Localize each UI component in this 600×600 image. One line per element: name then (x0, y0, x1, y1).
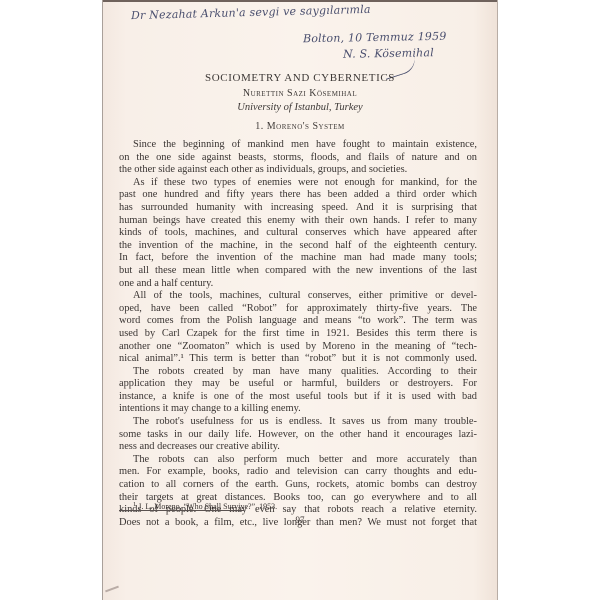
text-line: some tasks in our daily life. However, o… (119, 429, 477, 442)
text-line: All of the tools, machines, cultural con… (119, 290, 477, 303)
text-line: has surrounded humanity with increasing … (119, 202, 477, 215)
text-line: human beings have created this enemy wit… (119, 215, 477, 228)
text-line: the other side against each other as ind… (119, 164, 477, 177)
article-author: Nurettin Sazi Kösemihal (103, 88, 497, 99)
text-line: nical animal”.¹ This term is better than… (119, 353, 477, 366)
handwritten-dedication: Dr Nezahat Arkun'a sevgi ve saygılarımla (131, 3, 371, 22)
text-line: used by Carl Czapek for the first time i… (119, 328, 477, 341)
text-line: another one “Zoomaton” which is used by … (119, 341, 477, 354)
text-line: oped, have been called “Robot” for appro… (119, 303, 477, 316)
text-line: Since the beginning of mankind men have … (119, 139, 477, 152)
text-line: The robots created by man have many qual… (119, 366, 477, 379)
text-line: word comes from the Polish language and … (119, 315, 477, 328)
handwritten-place-date: Bolton, 10 Temmuz 1959 (303, 30, 447, 46)
footnote: 1 J. L. Moreno, “Who Shall Survive?”, 19… (133, 502, 277, 511)
author-affiliation: University of Istanbul, Turkey (103, 102, 497, 113)
text-line: application they may be useful or harmfu… (119, 378, 477, 391)
text-line: The robots can also perform much better … (119, 454, 477, 467)
text-line: In fact, before the invention of the mac… (119, 252, 477, 265)
article-title: SOCIOMETRY AND CYBERNETICS (103, 72, 497, 84)
text-line: but all these mean little when compared … (119, 265, 477, 278)
body-text: Since the beginning of mankind men have … (119, 139, 477, 529)
text-line: on the one side against beasts, storms, … (119, 152, 477, 165)
text-line: instance, a knife is one of the most use… (119, 391, 477, 404)
handwritten-signature: N. S. Kösemihal (343, 46, 434, 61)
text-line: one and a half century. (119, 278, 477, 291)
text-line: ness and decreases our creative ability. (119, 441, 477, 454)
text-line: kinds of tools, machines, and cultural c… (119, 227, 477, 240)
text-line: past one hundred and fifty years there h… (119, 189, 477, 202)
text-line: As if these two types of enemies were no… (119, 177, 477, 190)
text-line: cation to all corners of the earth. Guns… (119, 479, 477, 492)
section-heading: 1. Moreno's System (103, 121, 497, 132)
text-line: intentions it may change to a killing en… (119, 403, 477, 416)
book-page: Dr Nezahat Arkun'a sevgi ve saygılarımla… (102, 0, 498, 600)
text-line: men. For example, books, radio and telev… (119, 466, 477, 479)
text-line: The robot's usefulness for us is endless… (119, 416, 477, 429)
page-number: 97 (103, 515, 497, 525)
text-line: the invention of the machine, in the sec… (119, 240, 477, 253)
